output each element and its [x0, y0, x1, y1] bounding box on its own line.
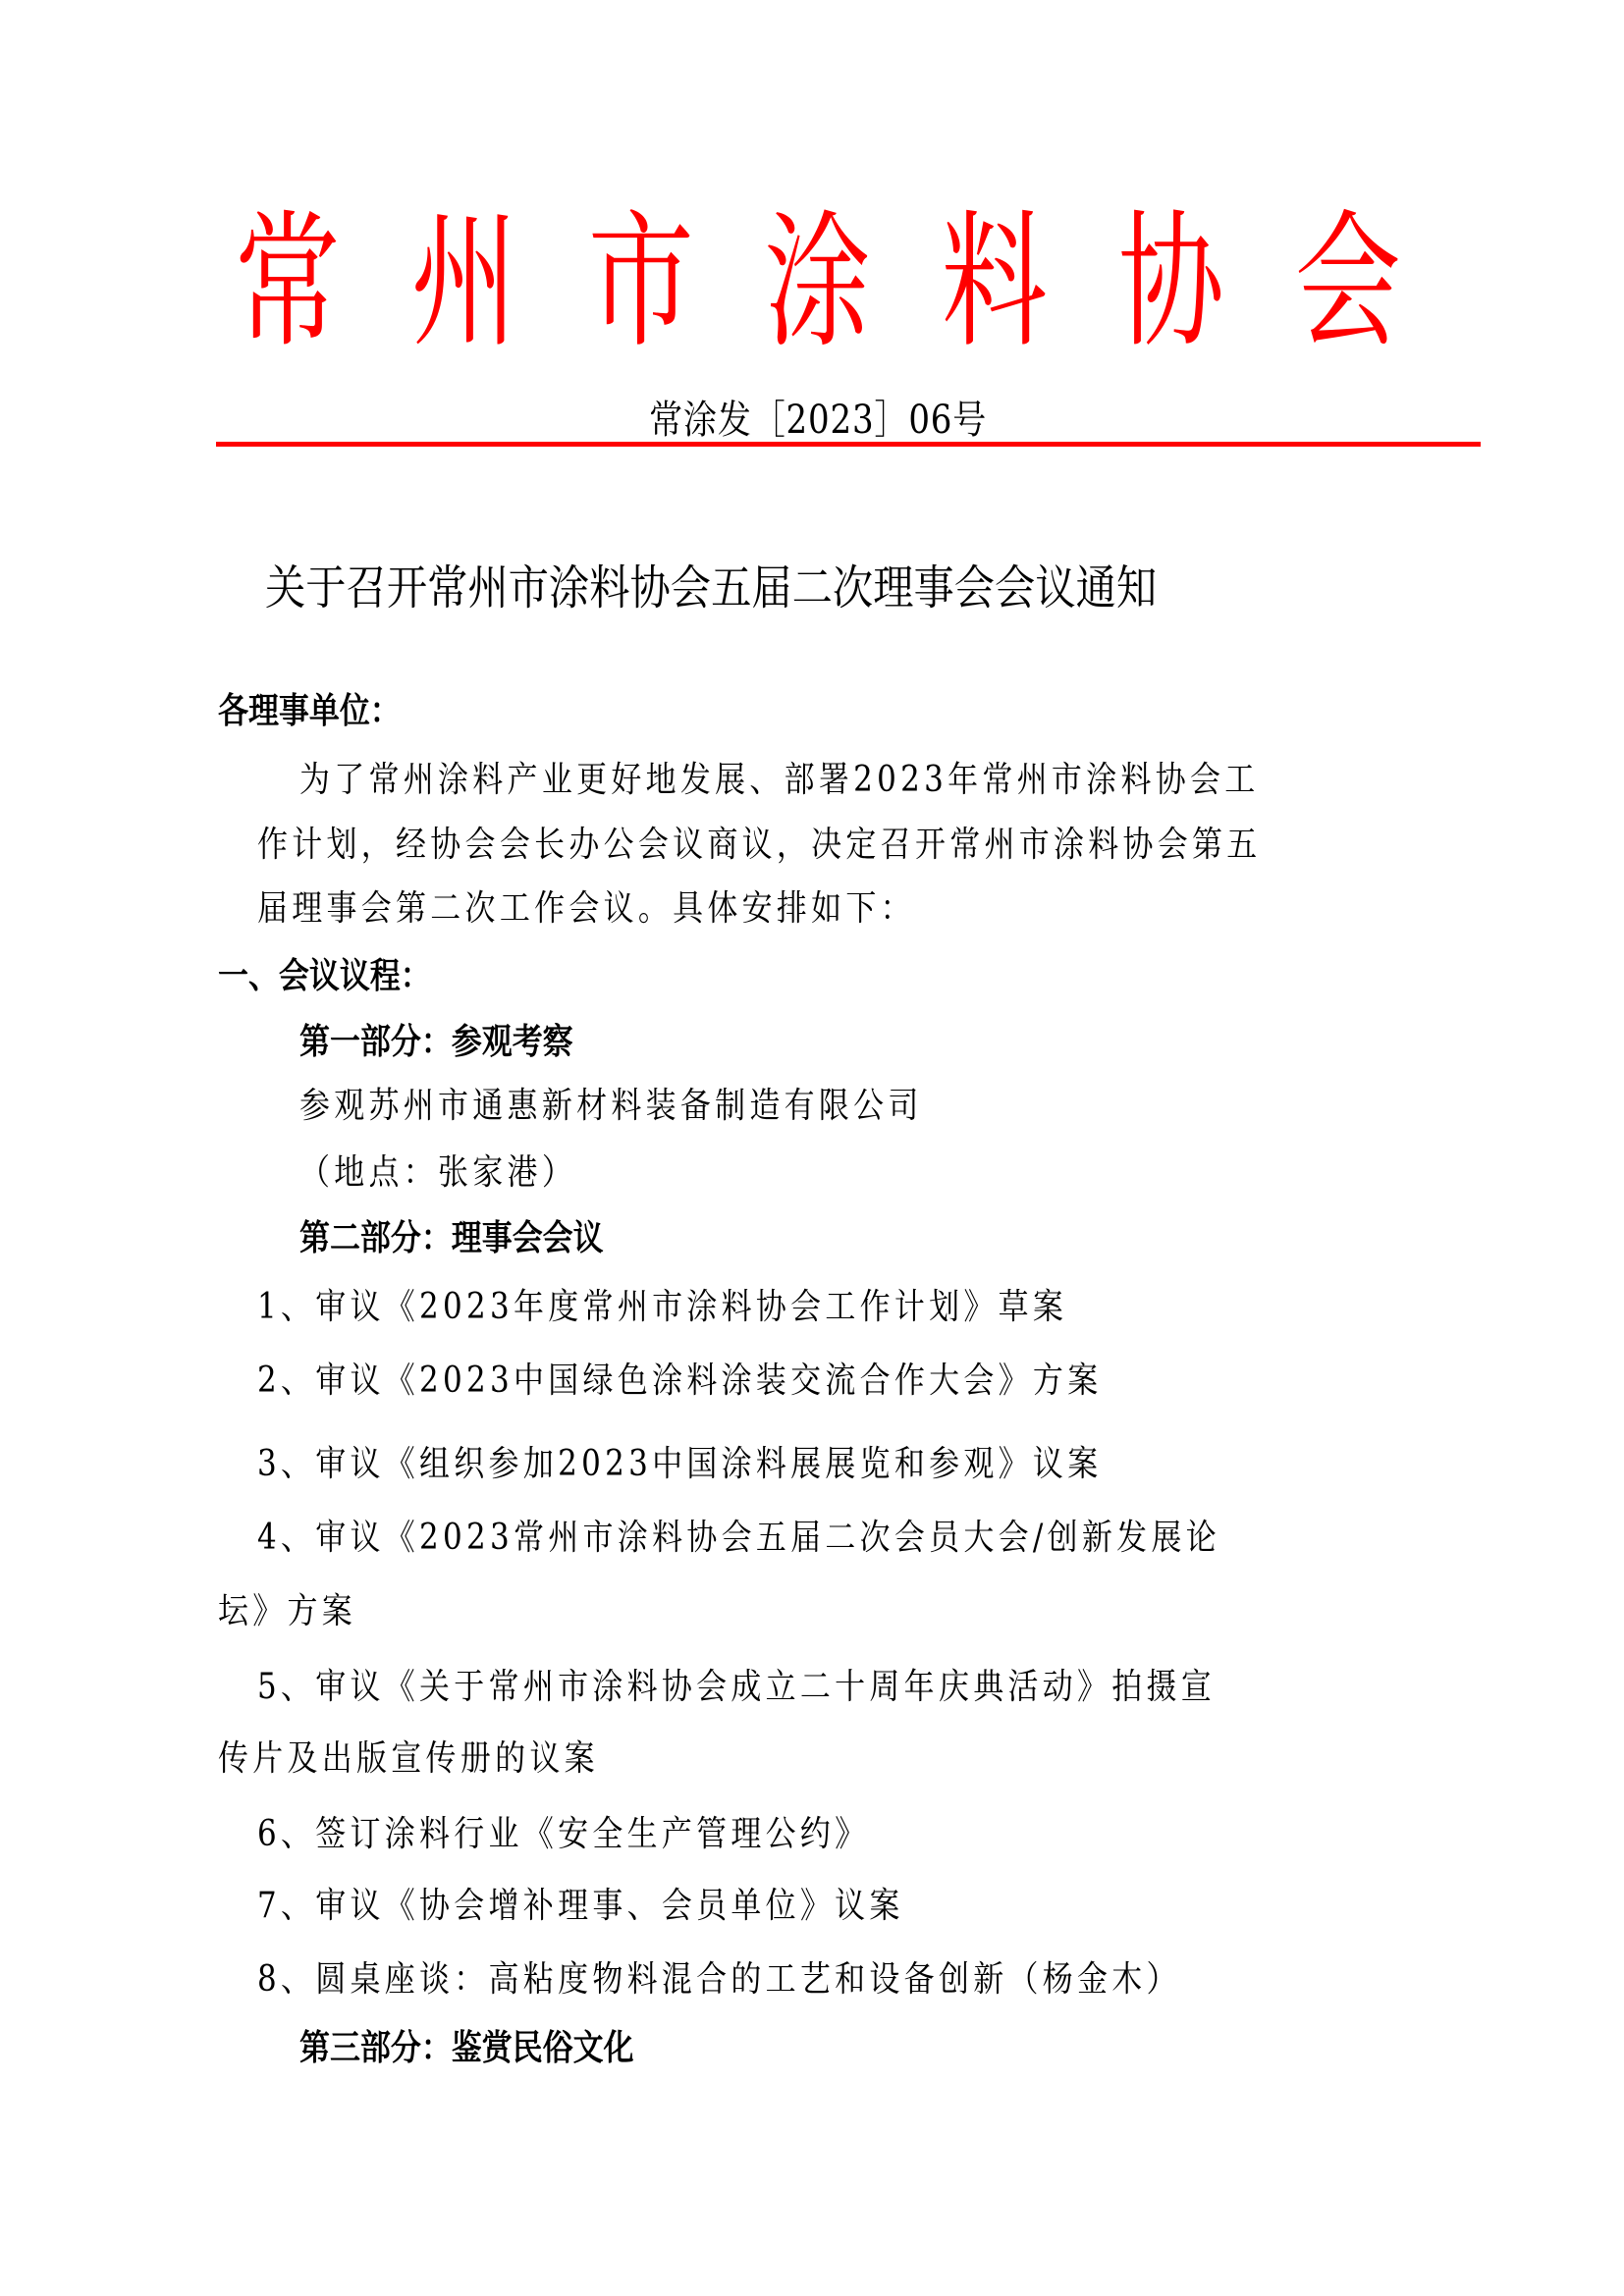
salutation: 各理事单位：: [218, 683, 401, 733]
letterhead-char: 涂: [765, 209, 849, 356]
agenda-item: 4、审议《2023常州市涂料协会五届二次会员大会/创新发展论: [257, 1510, 1220, 1560]
letterhead-char: 会: [1295, 209, 1380, 356]
notice-title: 关于召开常州市涂料协会五届二次理事会会议通知: [265, 550, 1157, 617]
agenda-item: 7、审议《协会增补理事、会员单位》议案: [257, 1878, 904, 1928]
agenda-item-continuation: 坛》方案: [218, 1583, 356, 1633]
letterhead-divider: [216, 442, 1481, 447]
paragraph-line: 作计划，经协会会长办公会议商议，决定召开常州市涂料协会第五: [257, 817, 1262, 867]
organization-letterhead-title: 常 州 市 涂 料 协 会: [218, 194, 1396, 371]
letterhead-char: 州: [411, 209, 496, 356]
letterhead-char: 常: [235, 209, 319, 356]
agenda-item: 3、审议《组织参加2023中国涂料展展览和参观》议案: [257, 1436, 1102, 1486]
part2-heading: 第二部分：理事会会议: [299, 1210, 604, 1260]
agenda-item: 1、审议《2023年度常州市涂料协会工作计划》草案: [257, 1279, 1067, 1329]
agenda-item-continuation: 传片及出版宣传册的议案: [218, 1731, 599, 1781]
document-number-text: 常涂发［2023］06号: [649, 389, 987, 445]
part1-line: （地点：张家港）: [299, 1145, 576, 1195]
agenda-item: 5、审议《关于常州市涂料协会成立二十周年庆典活动》拍摄宣: [257, 1659, 1216, 1709]
paragraph-line: 届理事会第二次工作会议。具体安排如下：: [257, 881, 915, 931]
agenda-heading: 一、会议议程：: [218, 948, 431, 998]
paragraph-line: 为了常州涂料产业更好地发展、部署2023年常州市涂料协会工: [299, 752, 1259, 802]
agenda-item: 8、圆桌座谈：高粘度物料混合的工艺和设备创新（杨金木）: [257, 1951, 1181, 2002]
agenda-item: 6、签订涂料行业《安全生产管理公约》: [257, 1806, 869, 1856]
letterhead-char: 市: [588, 209, 673, 356]
document-number: 常涂发［2023］06号: [128, 389, 1508, 445]
part1-line: 参观苏州市通惠新材料装备制造有限公司: [299, 1078, 923, 1128]
agenda-item: 2、审议《2023中国绿色涂料涂装交流合作大会》方案: [257, 1353, 1102, 1403]
letterhead-char: 协: [1118, 209, 1203, 356]
letterhead-char: 料: [942, 209, 1026, 356]
part1-heading: 第一部分：参观考察: [299, 1014, 573, 1064]
part3-heading: 第三部分：鉴赏民俗文化: [299, 2020, 634, 2070]
